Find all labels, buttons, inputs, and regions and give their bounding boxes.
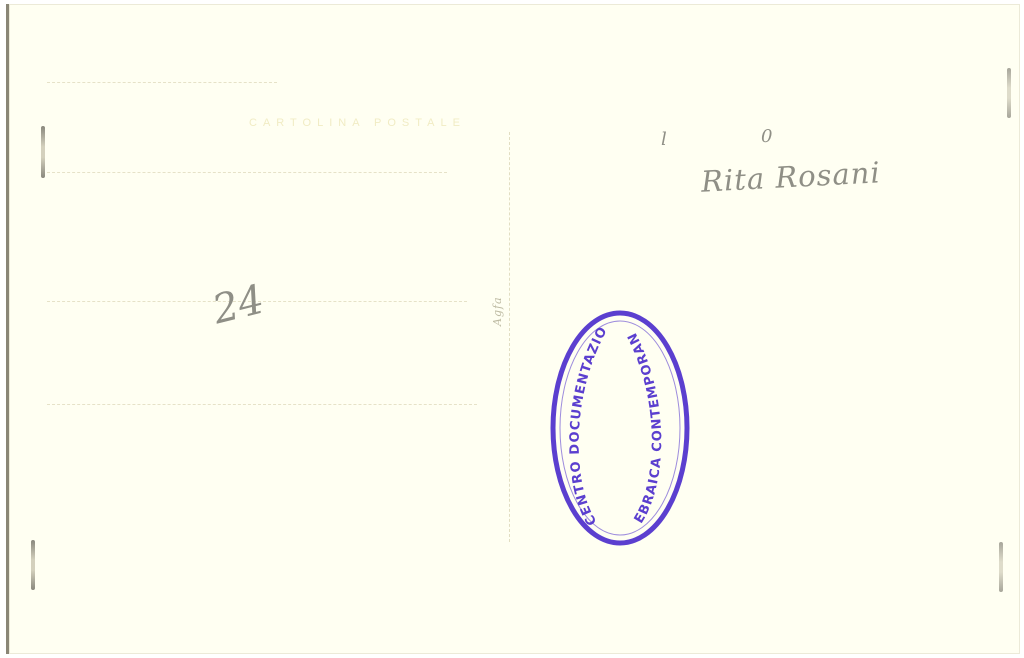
svg-text:CENTRO DOCUMENTAZIONE: CENTRO DOCUMENTAZIONE: [549, 308, 611, 528]
address-line: [47, 404, 477, 405]
archive-stamp: CENTRO DOCUMENTAZIONE EBRAICA CONTEMPORA…: [549, 308, 691, 548]
pencil-number-annotation: 24: [208, 277, 269, 334]
photo-corner-mount-icon: [999, 542, 1003, 592]
brand-mark: Agfa: [491, 296, 504, 326]
photo-corner-mount-icon: [31, 540, 35, 590]
pencil-mark: l: [661, 129, 667, 150]
address-line: [47, 82, 277, 83]
stamp-text-left: CENTRO DOCUMENTAZIONE: [549, 308, 611, 528]
pencil-mark: 0: [761, 126, 772, 147]
pencil-name-annotation: Rita Rosani: [700, 155, 881, 198]
photo-corner-mount-icon: [1007, 68, 1011, 118]
center-divider-line: [509, 132, 510, 542]
address-line: [47, 172, 447, 173]
postcard-back: CARTOLINA POSTALE Agfa l 0 Rita Rosani 2…: [6, 4, 1020, 654]
oval-stamp-icon: CENTRO DOCUMENTAZIONE EBRAICA CONTEMPORA…: [549, 308, 691, 548]
photo-corner-mount-icon: [41, 126, 45, 178]
faint-printed-header: CARTOLINA POSTALE: [249, 117, 466, 129]
